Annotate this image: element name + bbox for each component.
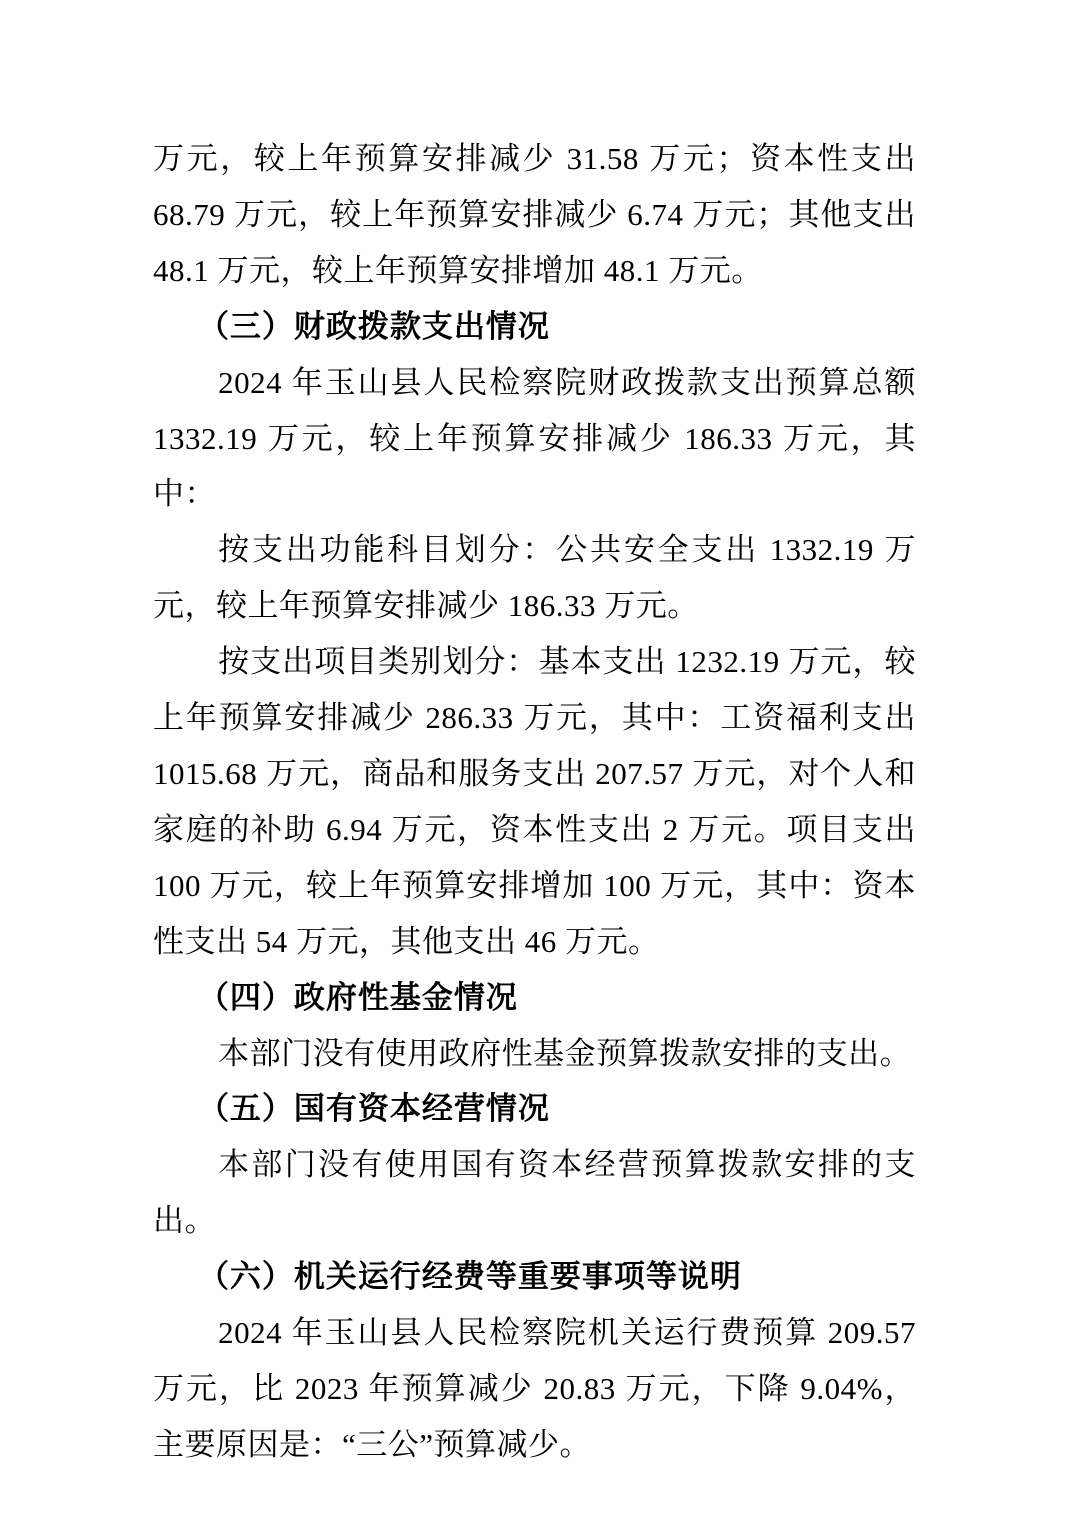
body-paragraph: 2024 年玉山县人民检察院机关运行费预算 209.57 万元，比 2023 年… [153,1305,916,1473]
body-paragraph: 万元，较上年预算安排减少 31.58 万元；资本性支出 68.79 万元，较上年… [153,131,916,299]
body-paragraph: 按支出功能科目划分：公共安全支出 1332.19 万元，较上年预算安排减少 18… [153,522,916,634]
section-heading: （四）政府性基金情况 [153,970,916,1026]
document-body: 万元，较上年预算安排减少 31.58 万元；资本性支出 68.79 万元，较上年… [153,131,916,1473]
document-page: 万元，较上年预算安排减少 31.58 万元；资本性支出 68.79 万元，较上年… [0,0,1074,1520]
body-paragraph: 按支出项目类别划分：基本支出 1232.19 万元，较上年预算安排减少 286.… [153,634,916,969]
section-heading: （三）财政拨款支出情况 [153,299,916,355]
body-paragraph: 2024 年玉山县人民检察院财政拨款支出预算总额 1332.19 万元，较上年预… [153,355,916,523]
body-paragraph: 本部门没有使用国有资本经营预算拨款安排的支出。 [153,1137,916,1249]
section-heading: （六）机关运行经费等重要事项等说明 [153,1249,916,1305]
body-paragraph: 本部门没有使用政府性基金预算拨款安排的支出。 [153,1026,916,1082]
section-heading: （五）国有资本经营情况 [153,1081,916,1137]
